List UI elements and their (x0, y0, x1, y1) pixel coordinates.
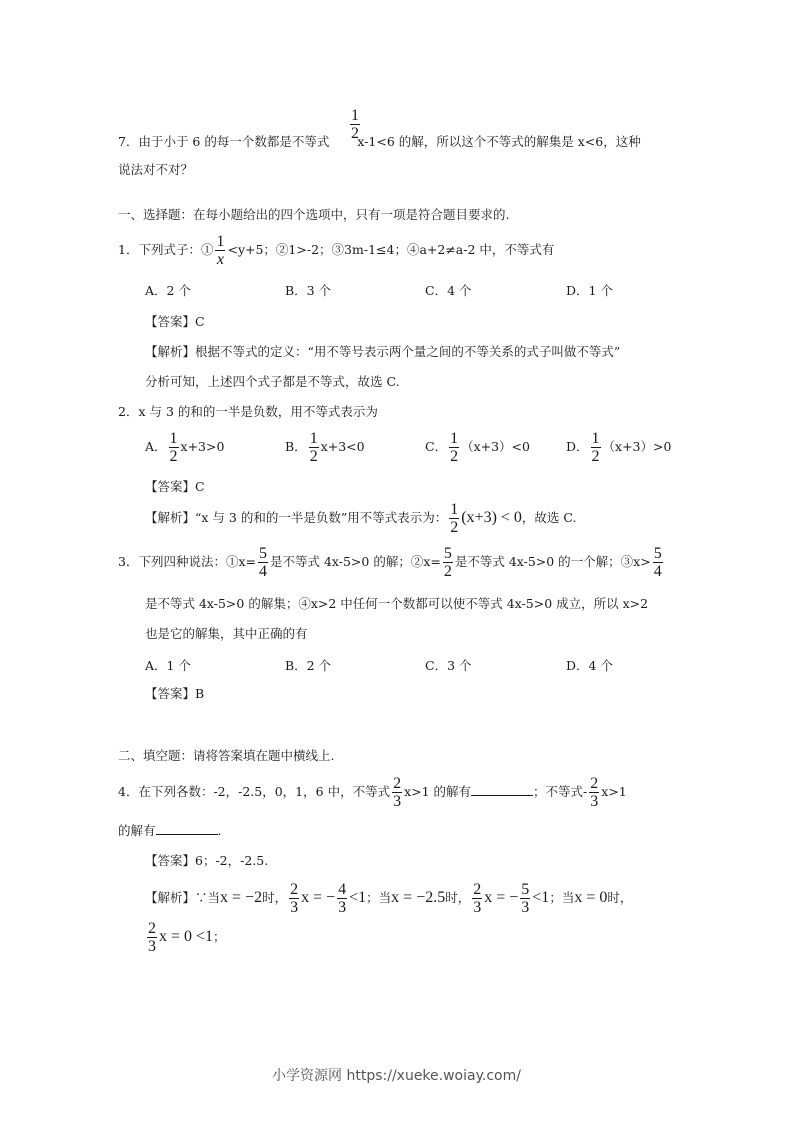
q2-option-d: D．12（x+3）>0 (566, 430, 671, 465)
q2-option-b-fraction: 12 (309, 430, 319, 465)
q3-fraction-2: 52 (443, 545, 453, 580)
section2-heading: 二、填空题：请将答案填在题中横线上. (118, 748, 334, 764)
q4-analysis-fraction-3: 23 (472, 881, 482, 916)
q4-stem-line2: 的解有. (118, 822, 222, 839)
q4-answer: 【答案】6；-2，-2.5. (145, 853, 268, 869)
q1-analysis-line1: 【解析】根据不等式的定义：“用不等号表示两个量之间的不等关系的式子叫做不等式” (145, 344, 620, 360)
q3-fraction-1: 54 (258, 545, 268, 580)
q3-option-b: B．2 个 (285, 656, 331, 674)
q2-analysis: 【解析】“x 与 3 的和的一半是负数”用不等式表示为：12(x+3) < 0，… (145, 500, 577, 536)
q2-analysis-fraction: 12 (449, 501, 459, 536)
q2-option-b: B．12x+3<0 (285, 430, 365, 465)
q3-stem-line3: 也是它的解集，其中正确的有 (145, 626, 308, 642)
q4-analysis-fraction-2: 43 (337, 881, 347, 916)
q1-option-b: B．3 个 (285, 281, 331, 299)
q4-analysis-line2: 23x = 0 <1； (145, 918, 226, 956)
q4-analysis-fraction-1: 23 (289, 881, 299, 916)
q4-blank-2[interactable] (156, 822, 218, 835)
q4-fraction-1: 23 (392, 775, 402, 810)
q4-analysis-line1: 【解析】∵当x = −2时，23x = −43<1；当x = −2.5时，23x… (145, 879, 632, 917)
q2-option-c: C．12（x+3）<0 (425, 430, 530, 465)
q2-option-a: A．12x+3>0 (145, 430, 224, 465)
section1-heading: 一、选择题：在每小题给出的四个选项中，只有一项是符合题目要求的. (118, 207, 509, 223)
q1-option-c: C．4 个 (425, 281, 472, 299)
q1-answer: 【答案】C (145, 314, 205, 330)
q1-stem: 1．下列式子：①1x<y+5；②1>-2；③3m-1≤4；④a+2≠a-2 中，… (118, 233, 554, 268)
q4-fraction-2: 23 (589, 775, 599, 810)
q7-stem-line2: 说法对不对？ (118, 162, 193, 178)
q2-answer: 【答案】C (145, 479, 205, 495)
q3-answer: 【答案】B (145, 686, 204, 702)
q3-stem-line2: 是不等式 4x-5>0 的解集；④x>2 中任何一个数都可以使不等式 4x-5>… (145, 596, 648, 612)
q3-option-a: A．1 个 (145, 656, 191, 674)
q2-stem: 2．x 与 3 的和的一半是负数，用不等式表示为 (118, 404, 378, 420)
footer-watermark: 小学资源网 https://xueke.woiay.com/ (0, 1065, 793, 1085)
q7-stem-line1: 7．由于小于 6 的每一个数都是不等式x-1<6 的解，所以这个不等式的解集是 … (118, 134, 641, 150)
q4-analysis-fraction-4: 53 (520, 881, 530, 916)
q3-fraction-3: 54 (653, 545, 663, 580)
q1-fraction: 1x (215, 233, 225, 268)
q3-option-c: C．3 个 (425, 656, 472, 674)
q4-stem-line1: 4．在下列各数：-2，-2.5，0，1，6 中，不等式23x>1 的解有；不等式… (118, 773, 627, 811)
q3-stem-line1: 3．下列四种说法：①x=54是不等式 4x-5>0 的解；②x=52是不等式 4… (118, 543, 665, 581)
q2-option-c-fraction: 12 (449, 430, 459, 465)
q1-analysis-line2: 分析可知，上述四个式子都是不等式，故选 C. (145, 374, 400, 390)
q4-blank-1[interactable] (471, 783, 533, 796)
q4-analysis-fraction-5: 23 (147, 920, 157, 955)
q3-option-d: D．4 个 (566, 656, 613, 674)
q1-option-a: A．2 个 (145, 281, 191, 299)
q1-option-d: D．1 个 (566, 281, 613, 299)
q2-option-a-fraction: 12 (169, 430, 179, 465)
q2-option-d-fraction: 12 (591, 430, 601, 465)
